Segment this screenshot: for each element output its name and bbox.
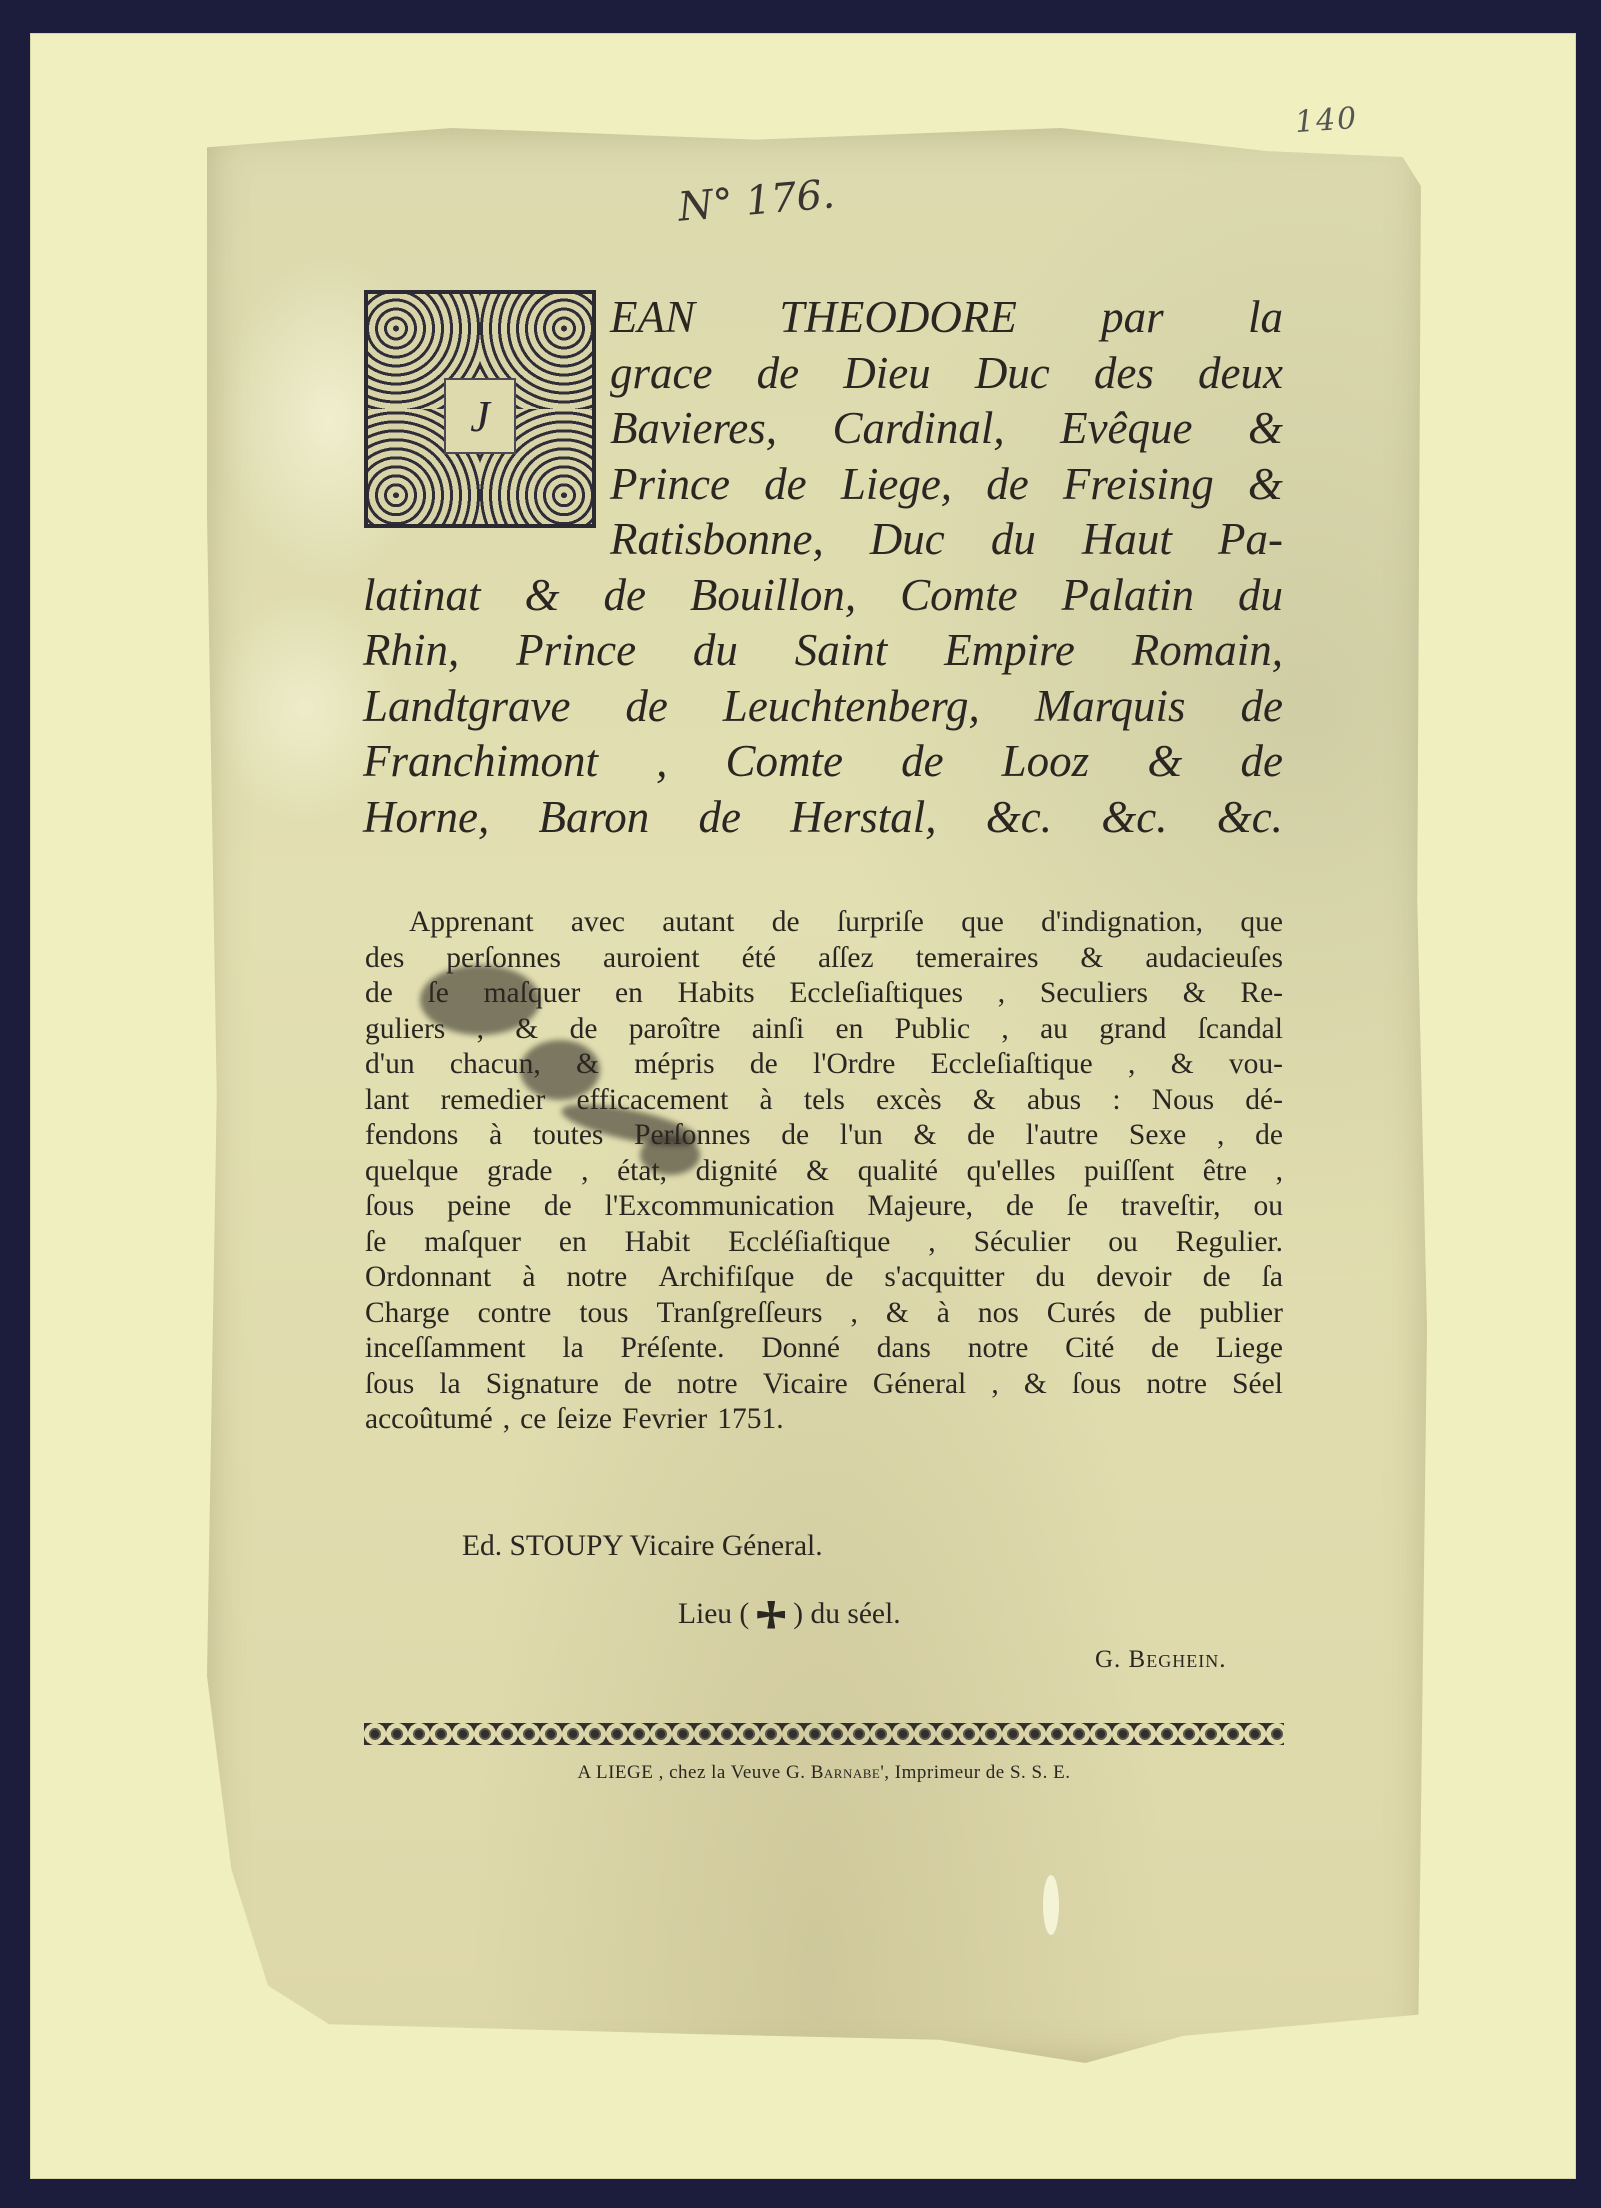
body-line: ſouspeinedel'ExcommunicationMajeure,deſe… bbox=[365, 1189, 1283, 1225]
title-word: Saint bbox=[795, 623, 888, 679]
title-word: Duc bbox=[870, 512, 945, 568]
body-line: fendonsàtoutesPerſonnesdel'un&del'autreS… bbox=[365, 1118, 1283, 1154]
body-word: peine bbox=[447, 1189, 511, 1225]
body-word: grade bbox=[487, 1154, 553, 1190]
body-word: perſonnes bbox=[446, 941, 561, 977]
title-word: de bbox=[625, 679, 667, 735]
body-word: Donné bbox=[761, 1331, 840, 1367]
title-word: deux bbox=[1198, 346, 1283, 402]
body-line: desperſonnesauroientétéaſſeztemeraires&a… bbox=[365, 941, 1283, 977]
body-line: OrdonnantànotreArchifiſquedes'acquitterd… bbox=[365, 1260, 1283, 1296]
body-word: au bbox=[1040, 1012, 1068, 1048]
body-word: puiſſent bbox=[1084, 1154, 1174, 1190]
title-word: du bbox=[1238, 568, 1283, 624]
body-word: la bbox=[439, 1367, 460, 1403]
body-word: traveſtir, bbox=[1121, 1189, 1221, 1225]
body-word: en bbox=[559, 1225, 587, 1261]
body-word: d'un bbox=[365, 1047, 415, 1083]
body-word: Majeure, bbox=[867, 1189, 973, 1225]
title-word: Empire bbox=[944, 623, 1075, 679]
body-word: de bbox=[624, 1367, 652, 1403]
title-word: Liege, bbox=[841, 457, 952, 513]
title-word: grace bbox=[610, 346, 712, 402]
body-word: paroître bbox=[629, 1012, 721, 1048]
body-word: des bbox=[365, 941, 404, 977]
body-word: la bbox=[562, 1331, 583, 1367]
body-word: ſcandal bbox=[1198, 1012, 1283, 1048]
body-word: guliers bbox=[365, 1012, 445, 1048]
ordinance-body: Apprenantavecautantdeſurpriſequed'indign… bbox=[365, 905, 1283, 1438]
title-word: de bbox=[1240, 679, 1282, 735]
title-word: & bbox=[524, 568, 559, 624]
body-word: , bbox=[1128, 1047, 1135, 1083]
body-word: à bbox=[522, 1260, 535, 1296]
body-word: grand bbox=[1099, 1012, 1166, 1048]
body-word: autant bbox=[662, 905, 734, 941]
body-word: & bbox=[1080, 941, 1103, 977]
title-word: &c. bbox=[986, 790, 1052, 846]
title-word: Bavieres, bbox=[610, 401, 777, 457]
title-word: Franchimont bbox=[363, 734, 598, 790]
title-word: Marquis bbox=[1035, 679, 1186, 735]
body-word: tous bbox=[579, 1296, 628, 1332]
body-word: Tranſgreſſeurs bbox=[656, 1296, 822, 1332]
body-word: & bbox=[1183, 976, 1206, 1012]
body-line: ſouslaSignaturedenotreVicaireGéneral,&ſo… bbox=[365, 1367, 1283, 1403]
title-word: de bbox=[1240, 734, 1282, 790]
body-word: remedier bbox=[440, 1083, 545, 1119]
body-word: Liege bbox=[1216, 1331, 1283, 1367]
title-line: Horne,BarondeHerstal,&c.&c.&c. bbox=[363, 790, 1283, 846]
title-word: de bbox=[901, 734, 943, 790]
body-line: accoûtumé,ceſeizeFevrier1751. bbox=[365, 1402, 1283, 1438]
body-word: lant bbox=[365, 1083, 409, 1119]
seal-prefix: Lieu ( bbox=[678, 1598, 749, 1631]
body-word: quelque bbox=[365, 1154, 458, 1190]
body-word: , bbox=[1217, 1118, 1224, 1154]
body-word: contre bbox=[478, 1296, 552, 1332]
body-word: efficacement bbox=[577, 1083, 729, 1119]
body-word: dans bbox=[877, 1331, 931, 1367]
title-word: EAN bbox=[610, 290, 695, 346]
body-word: ainſi bbox=[752, 1012, 804, 1048]
body-word: maſquer bbox=[484, 976, 581, 1012]
body-word: Habits bbox=[678, 976, 755, 1012]
body-word: Habit bbox=[625, 1225, 691, 1261]
body-word: notre bbox=[1146, 1367, 1207, 1403]
body-word: ou bbox=[1253, 1189, 1283, 1225]
title-word: & bbox=[1147, 734, 1182, 790]
title-word: Evêque bbox=[1060, 401, 1192, 457]
body-word: abus bbox=[1027, 1083, 1081, 1119]
body-word: notre bbox=[567, 1260, 628, 1296]
body-word: , bbox=[998, 976, 1005, 1012]
title-word: Haut bbox=[1082, 512, 1172, 568]
body-word: audacieuſes bbox=[1145, 941, 1283, 977]
body-word: du bbox=[1036, 1260, 1066, 1296]
title-word: Palatin bbox=[1062, 568, 1195, 624]
title-block: EANTHEODOREparlagracedeDieuDucdesdeuxBav… bbox=[363, 290, 1283, 845]
seal-suffix: ) du séel. bbox=[793, 1598, 900, 1631]
body-word: à bbox=[489, 1118, 502, 1154]
title-word: Freising bbox=[1063, 457, 1214, 513]
archive-page-number: 140 bbox=[1294, 101, 1360, 140]
title-word: du bbox=[991, 512, 1036, 568]
title-line: PrincedeLiege,deFreising& bbox=[363, 457, 1283, 513]
body-word: ce bbox=[520, 1402, 546, 1438]
title-word: latinat bbox=[363, 568, 481, 624]
body-word: & bbox=[806, 1154, 829, 1190]
title-word: & bbox=[1248, 457, 1283, 513]
body-word: & bbox=[576, 1047, 599, 1083]
title-word: Landtgrave bbox=[363, 679, 571, 735]
body-word: , bbox=[503, 1402, 510, 1438]
title-word: du bbox=[693, 623, 738, 679]
title-word: Comte bbox=[725, 734, 843, 790]
body-word: Eccleſiaſtique bbox=[931, 1047, 1093, 1083]
body-word: ſurpriſe bbox=[837, 905, 924, 941]
body-word: notre bbox=[677, 1367, 738, 1403]
title-word: par bbox=[1101, 290, 1164, 346]
body-word: en bbox=[836, 1012, 864, 1048]
title-word: Prince bbox=[610, 457, 730, 513]
title-line: gracedeDieuDucdesdeux bbox=[363, 346, 1283, 402]
body-word: Eccléſiaſtique bbox=[728, 1225, 890, 1261]
body-word: 1751. bbox=[717, 1402, 783, 1438]
maltese-cross-icon bbox=[757, 1601, 785, 1629]
imprint-printer: Barnabe' bbox=[811, 1762, 885, 1783]
body-word: avec bbox=[571, 905, 625, 941]
body-word: dé- bbox=[1245, 1083, 1283, 1119]
body-word: aſſez bbox=[818, 941, 874, 977]
title-word: Romain, bbox=[1132, 623, 1283, 679]
body-word: Charge bbox=[365, 1296, 450, 1332]
body-word: l'Excommunication bbox=[605, 1189, 835, 1225]
body-word: Signature bbox=[486, 1367, 599, 1403]
body-line: d'unchacun,&méprisdel'OrdreEccleſiaſtiqu… bbox=[365, 1047, 1283, 1083]
body-word: Public bbox=[895, 1012, 970, 1048]
body-word: de bbox=[772, 905, 800, 941]
title-line: Franchimont,ComtedeLooz&de bbox=[363, 734, 1283, 790]
body-word: Nous bbox=[1152, 1083, 1214, 1119]
body-line: ChargecontretousTranſgreſſeurs,&ànosCuré… bbox=[365, 1296, 1283, 1332]
body-word: de bbox=[781, 1118, 809, 1154]
body-word: de bbox=[1255, 1118, 1283, 1154]
body-word: ſe bbox=[428, 976, 449, 1012]
paper-tear bbox=[1043, 1875, 1059, 1935]
title-word: Prince bbox=[516, 623, 636, 679]
body-line: lantremedierefficacementàtelsexcès&abus:… bbox=[365, 1083, 1283, 1119]
body-word: Séculier bbox=[974, 1225, 1071, 1261]
body-word: Seculiers bbox=[1040, 976, 1148, 1012]
title-word: Comte bbox=[900, 568, 1018, 624]
title-word: de bbox=[699, 790, 741, 846]
body-word: , bbox=[581, 1154, 588, 1190]
body-word: qu'elles bbox=[967, 1154, 1056, 1190]
imprint-suffix: , Imprimeur de S. S. E. bbox=[884, 1762, 1070, 1783]
body-word: qualité bbox=[858, 1154, 938, 1190]
body-word: s'acquitter bbox=[884, 1260, 1004, 1296]
title-word: Cardinal, bbox=[832, 401, 1004, 457]
title-line: latinat&deBouillon,ComtePalatindu bbox=[363, 568, 1283, 624]
body-word: été bbox=[742, 941, 776, 977]
body-word: & bbox=[886, 1296, 909, 1332]
body-word: l'un bbox=[840, 1118, 883, 1154]
body-word: l'autre bbox=[1026, 1118, 1098, 1154]
title-line: Ratisbonne,DucduHautPa- bbox=[363, 512, 1283, 568]
body-word: chacun, bbox=[450, 1047, 541, 1083]
body-word: temeraires bbox=[916, 941, 1039, 977]
title-word: Herstal, bbox=[790, 790, 936, 846]
body-word: de bbox=[1144, 1296, 1172, 1332]
body-word: excès bbox=[876, 1083, 942, 1119]
body-word: & bbox=[1171, 1047, 1194, 1083]
body-word: Vicaire bbox=[763, 1367, 848, 1403]
title-word: Baron bbox=[538, 790, 649, 846]
title-word: , bbox=[656, 734, 667, 790]
printer-imprint: A LIEGE , chez la Veuve G. Barnabe', Imp… bbox=[364, 1762, 1284, 1784]
title-word: de bbox=[764, 457, 806, 513]
title-word: la bbox=[1248, 290, 1283, 346]
vicar-signature: Ed. STOUPY Vicaire Géneral. bbox=[462, 1530, 823, 1563]
body-word: maſquer bbox=[424, 1225, 521, 1261]
body-word: & bbox=[913, 1118, 936, 1154]
imprint-prefix: A LIEGE , chez la Veuve G. bbox=[578, 1762, 806, 1783]
body-word: l'Ordre bbox=[813, 1047, 895, 1083]
body-word: ſous bbox=[365, 1189, 414, 1225]
secretary-signature: G. Beghein. bbox=[1095, 1646, 1226, 1674]
title-word: Dieu bbox=[843, 346, 930, 402]
body-word: accoûtumé bbox=[365, 1402, 493, 1438]
body-word: Archifiſque bbox=[658, 1260, 794, 1296]
body-word: ſous bbox=[365, 1367, 414, 1403]
body-word: & bbox=[515, 1012, 538, 1048]
body-line: guliers,&deparoîtreainſienPublic,augrand… bbox=[365, 1012, 1283, 1048]
body-word: Sexe bbox=[1129, 1118, 1186, 1154]
title-word: Bouillon, bbox=[690, 568, 856, 624]
body-word: Géneral bbox=[873, 1367, 966, 1403]
title-word: de bbox=[986, 457, 1028, 513]
body-word: Eccleſiaſtiques bbox=[789, 976, 963, 1012]
body-line: ſemaſquerenHabitEccléſiaſtique,Séculiero… bbox=[365, 1225, 1283, 1261]
body-word: & bbox=[1024, 1367, 1047, 1403]
body-word: , bbox=[1001, 1012, 1008, 1048]
body-word: ou bbox=[1108, 1225, 1138, 1261]
title-word: &c. bbox=[1101, 790, 1167, 846]
body-line: deſemaſquerenHabitsEccleſiaſtiques,Secul… bbox=[365, 976, 1283, 1012]
body-word: de bbox=[1151, 1331, 1179, 1367]
body-word: que bbox=[1240, 905, 1283, 941]
body-word: ſa bbox=[1262, 1260, 1283, 1296]
body-word: Cité bbox=[1065, 1331, 1114, 1367]
body-word: de bbox=[825, 1260, 853, 1296]
body-word: Re- bbox=[1240, 976, 1283, 1012]
seal-place: Lieu ( ) du séel. bbox=[678, 1598, 901, 1631]
body-word: nos bbox=[978, 1296, 1019, 1332]
body-word: , bbox=[477, 1012, 484, 1048]
body-word: Apprenant bbox=[409, 905, 534, 941]
body-word: dignité bbox=[696, 1154, 778, 1190]
body-word: devoir bbox=[1096, 1260, 1171, 1296]
body-word: Curés bbox=[1047, 1296, 1116, 1332]
title-word: Ratisbonne, bbox=[610, 512, 824, 568]
body-word: , bbox=[851, 1296, 858, 1332]
body-word: en bbox=[615, 976, 643, 1012]
body-word: , bbox=[1276, 1154, 1283, 1190]
body-word: Perſonnes bbox=[634, 1118, 750, 1154]
title-word: Looz bbox=[1002, 734, 1090, 790]
title-word: Rhin, bbox=[363, 623, 459, 679]
body-word: Préſente. bbox=[620, 1331, 724, 1367]
body-word: notre bbox=[968, 1331, 1029, 1367]
fleuron-rule-icon bbox=[364, 1723, 1284, 1745]
title-word: Duc bbox=[975, 346, 1050, 402]
body-word: de bbox=[967, 1118, 995, 1154]
body-word: de bbox=[750, 1047, 778, 1083]
title-word: Leuchtenberg, bbox=[723, 679, 980, 735]
body-word: d'indignation, bbox=[1041, 905, 1203, 941]
body-word: fendons bbox=[365, 1118, 458, 1154]
body-word: & bbox=[973, 1083, 996, 1119]
body-word: , bbox=[928, 1225, 935, 1261]
title-word: de bbox=[603, 568, 645, 624]
title-word: &c. bbox=[1217, 790, 1283, 846]
body-word: de bbox=[544, 1189, 572, 1225]
title-word: THEODORE bbox=[779, 290, 1016, 346]
body-word: Fevrier bbox=[622, 1402, 707, 1438]
title-line: Bavieres,Cardinal,Evêque& bbox=[363, 401, 1283, 457]
body-word: de bbox=[1203, 1260, 1231, 1296]
body-word: être bbox=[1203, 1154, 1247, 1190]
body-word: ſous bbox=[1072, 1367, 1121, 1403]
body-word: auroient bbox=[603, 941, 700, 977]
title-line: LandtgravedeLeuchtenberg,Marquisde bbox=[363, 679, 1283, 735]
body-word: , bbox=[991, 1367, 998, 1403]
body-word: ſe bbox=[365, 1225, 386, 1261]
title-word: des bbox=[1094, 346, 1154, 402]
title-word: & bbox=[1248, 401, 1283, 457]
body-word: Ordonnant bbox=[365, 1260, 491, 1296]
body-word: que bbox=[961, 905, 1004, 941]
title-word: de bbox=[757, 346, 799, 402]
title-word: Pa- bbox=[1218, 512, 1283, 568]
body-line: quelquegrade,état,dignité&qualitéqu'elle… bbox=[365, 1154, 1283, 1190]
body-word: mépris bbox=[634, 1047, 714, 1083]
body-word: toutes bbox=[533, 1118, 603, 1154]
body-word: à bbox=[760, 1083, 773, 1119]
body-word: ſeize bbox=[556, 1402, 612, 1438]
body-word: inceſſamment bbox=[365, 1331, 526, 1367]
body-word: tels bbox=[804, 1083, 845, 1119]
body-word: de bbox=[1006, 1189, 1034, 1225]
title-line: EANTHEODOREparla bbox=[363, 290, 1283, 346]
title-word: Horne, bbox=[363, 790, 489, 846]
body-word: : bbox=[1112, 1083, 1120, 1119]
body-word: Séel bbox=[1232, 1367, 1283, 1403]
body-word: état, bbox=[617, 1154, 667, 1190]
body-line: inceſſammentlaPréſente.DonnédansnotreCit… bbox=[365, 1331, 1283, 1367]
body-word: à bbox=[937, 1296, 950, 1332]
body-word: de bbox=[570, 1012, 598, 1048]
title-line: Rhin,PrinceduSaintEmpireRomain, bbox=[363, 623, 1283, 679]
body-word: vou- bbox=[1229, 1047, 1283, 1083]
body-word: ſe bbox=[1067, 1189, 1088, 1225]
body-word: de bbox=[365, 976, 393, 1012]
body-line: Apprenantavecautantdeſurpriſequed'indign… bbox=[365, 905, 1283, 941]
body-word: Regulier. bbox=[1176, 1225, 1283, 1261]
body-word: publier bbox=[1199, 1296, 1283, 1332]
